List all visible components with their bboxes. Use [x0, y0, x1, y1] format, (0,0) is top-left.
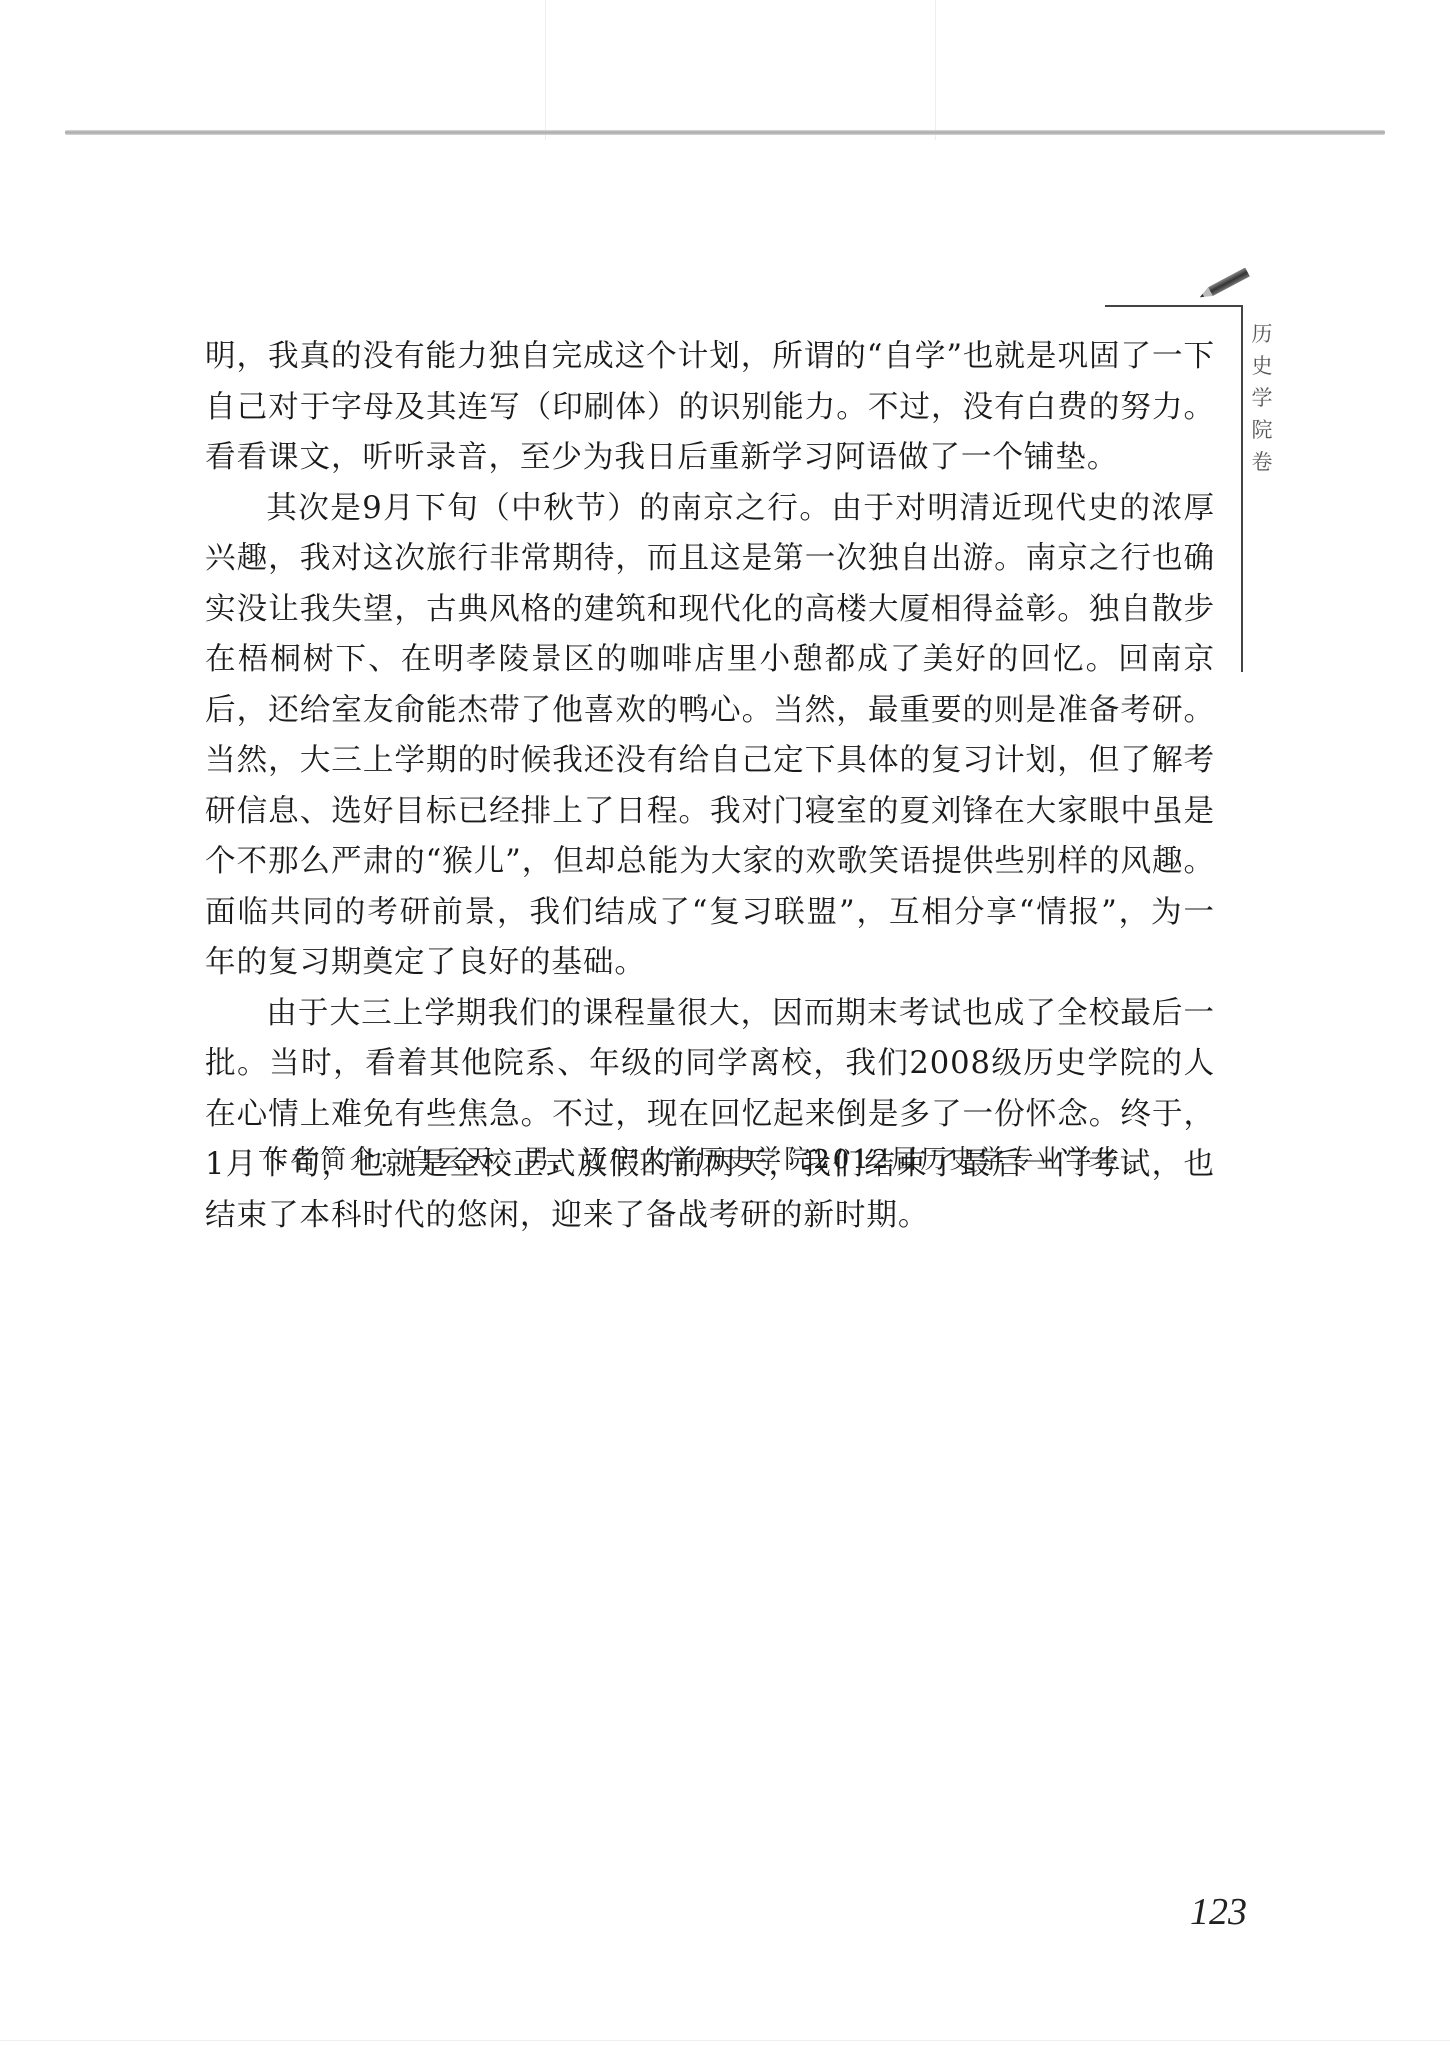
section-tab-char: 卷	[1250, 446, 1274, 478]
section-tab-char: 历	[1250, 318, 1274, 350]
scan-artifact-line	[545, 0, 546, 140]
side-frame-top	[1105, 305, 1242, 307]
author-note: 作者简介：白云天，男，辽宁大学历史学院2012届历史学专业学生。	[205, 1140, 1215, 1180]
section-tab-char: 学	[1250, 382, 1274, 414]
side-frame-right	[1241, 305, 1243, 672]
pencil-icon	[1195, 268, 1255, 302]
scan-artifact-line	[935, 0, 936, 140]
paragraph-nanjing-trip: 其次是9月下旬（中秋节）的南京之行。由于对明清近现代史的浓厚兴趣，我对这次旅行非…	[205, 484, 1215, 989]
header-rule	[65, 130, 1385, 135]
section-tab-label: 历 史 学 院 卷	[1250, 318, 1274, 478]
footer-edge	[0, 2040, 1450, 2041]
body-text: 明，我真的没有能力独自完成这个计划，所谓的“自学”也就是巩固了一下自己对于字母及…	[205, 332, 1215, 1241]
section-tab-char: 史	[1250, 350, 1274, 382]
section-tab-char: 院	[1250, 414, 1274, 446]
page-number: 123	[1190, 1890, 1247, 1934]
paragraph-continued: 明，我真的没有能力独自完成这个计划，所谓的“自学”也就是巩固了一下自己对于字母及…	[205, 332, 1215, 484]
paragraph-final-exams: 由于大三上学期我们的课程量很大，因而期末考试也成了全校最后一批。当时，看着其他院…	[205, 989, 1215, 1242]
